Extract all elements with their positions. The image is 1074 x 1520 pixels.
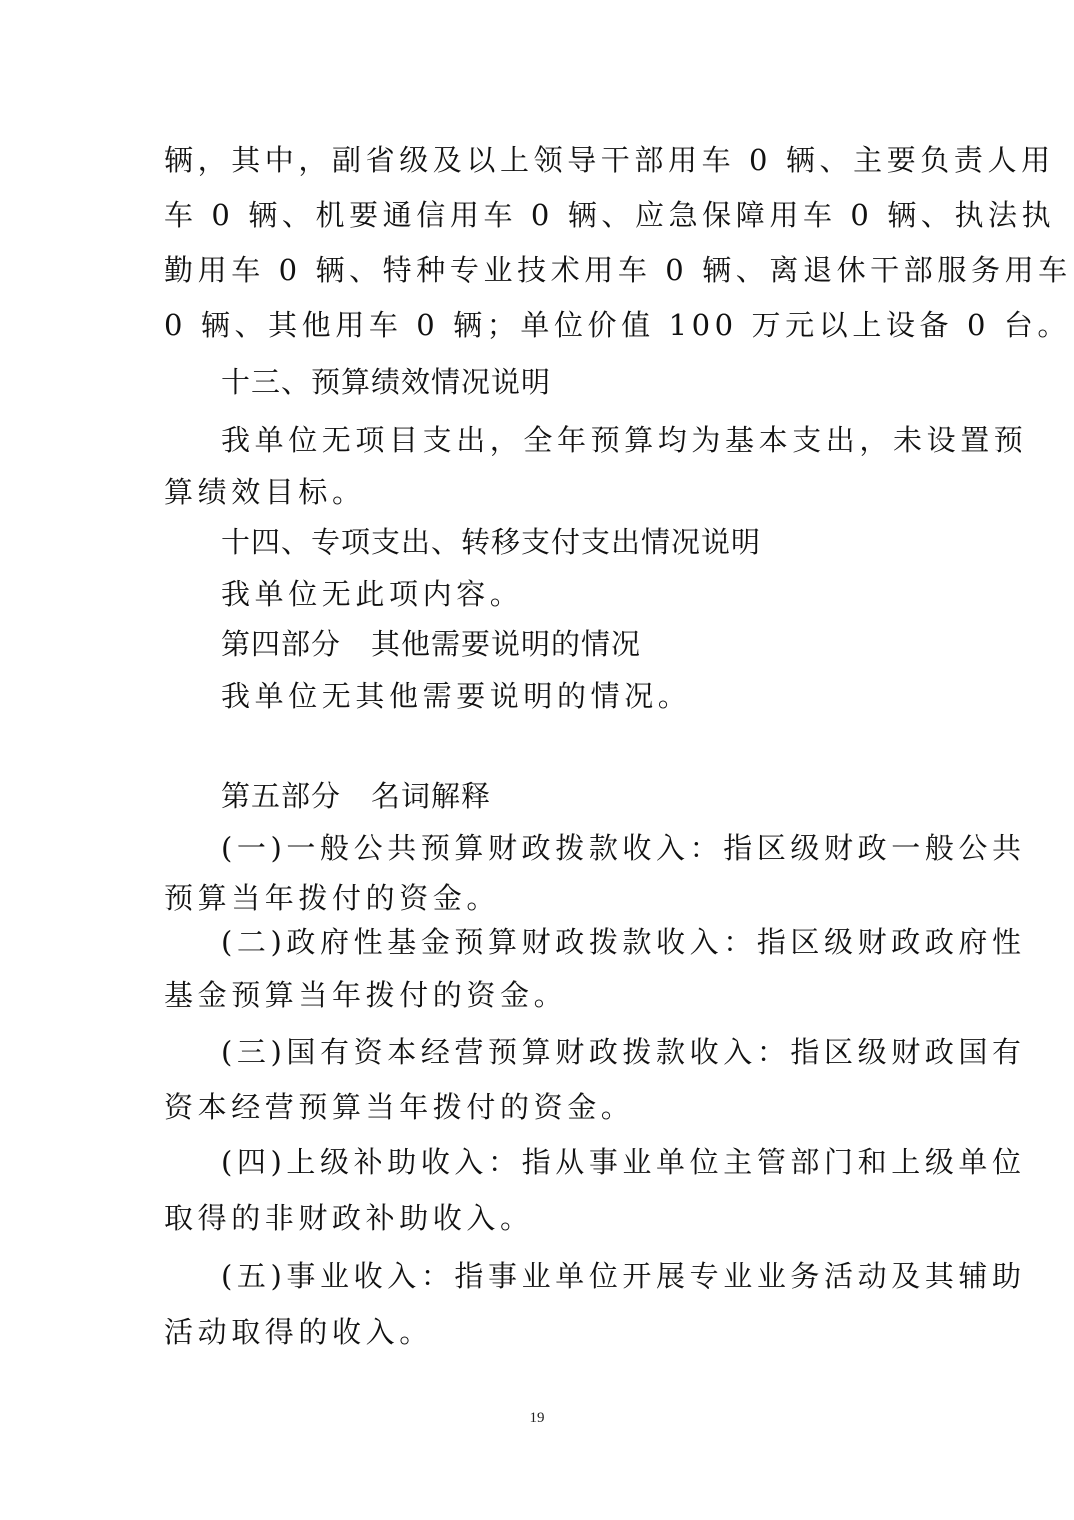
definition-item: (五)事业收入：指事业单位开展专业业务活动及其辅助 bbox=[221, 1256, 971, 1296]
body-text-line: 0 辆、其他用车 0 辆；单位价值 100 万元以上设备 0 台。 bbox=[164, 305, 914, 345]
body-text-line: 我单位无其他需要说明的情况。 bbox=[221, 676, 971, 716]
section-heading-14: 十四、专项支出、转移支付支出情况说明 bbox=[221, 522, 971, 562]
definition-item: (四)上级补助收入：指从事业单位主管部门和上级单位 bbox=[221, 1142, 971, 1182]
body-text-line: 我单位无此项内容。 bbox=[221, 574, 971, 614]
section-heading-13: 十三、预算绩效情况说明 bbox=[221, 362, 971, 402]
definition-item-cont: 资本经营预算当年拨付的资金。 bbox=[164, 1087, 914, 1127]
definition-item-cont: 取得的非财政补助收入。 bbox=[164, 1198, 914, 1238]
page-number: 19 bbox=[0, 1410, 1074, 1427]
body-text-line: 勤用车 0 辆、特种专业技术用车 0 辆、离退休干部服务用车 bbox=[164, 250, 914, 290]
definition-item-cont: 预算当年拨付的资金。 bbox=[164, 878, 914, 918]
part-heading-5: 第五部分 名词解释 bbox=[221, 776, 971, 816]
definition-item: (一)一般公共预算财政拨款收入：指区级财政一般公共 bbox=[221, 828, 971, 868]
body-text-line: 算绩效目标。 bbox=[164, 472, 914, 512]
body-text-line: 辆，其中，副省级及以上领导干部用车 0 辆、主要负责人用 bbox=[164, 140, 914, 180]
definition-item-cont: 活动取得的收入。 bbox=[164, 1312, 914, 1352]
definition-item-cont: 基金预算当年拨付的资金。 bbox=[164, 975, 914, 1015]
body-text-line: 我单位无项目支出，全年预算均为基本支出，未设置预 bbox=[221, 420, 971, 460]
part-heading-4: 第四部分 其他需要说明的情况 bbox=[221, 624, 971, 664]
definition-item: (二)政府性基金预算财政拨款收入：指区级财政政府性 bbox=[221, 922, 971, 962]
body-text-line: 车 0 辆、机要通信用车 0 辆、应急保障用车 0 辆、执法执 bbox=[164, 195, 914, 235]
definition-item: (三)国有资本经营预算财政拨款收入：指区级财政国有 bbox=[221, 1032, 971, 1072]
